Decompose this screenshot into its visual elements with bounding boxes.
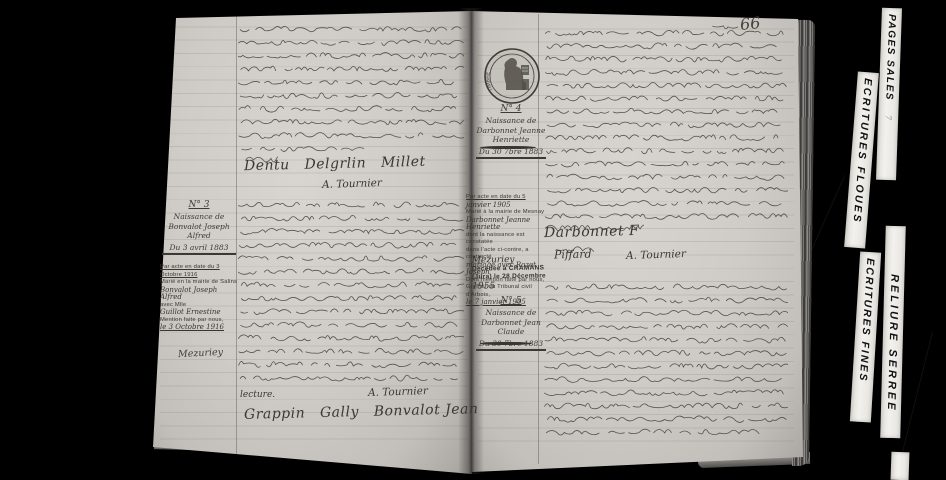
margin-rule [236, 12, 237, 460]
margin-note-birth: N° 3 Naissance de Bonvalot Joseph Alfred… [162, 200, 236, 255]
act-text-block [238, 196, 464, 391]
act-text-block [544, 24, 788, 229]
shelf-label-text: RELIURE SERREE [885, 226, 902, 413]
scratch-mark [898, 332, 933, 468]
stamp-line: Guillot Ernestine [160, 309, 240, 317]
witness-signature: Piffard [554, 248, 592, 262]
signature-row: Piffard A. Tournier [554, 248, 685, 261]
shelf-label-text: ECRITURES FLOUES [850, 72, 874, 225]
stamp-line: le 3 Octobre 1916 [160, 324, 240, 332]
shelf-label-ecritures-floues: ECRITURES FLOUES [844, 71, 879, 248]
party-signatures: Grappin Gally Bonvalot Jean [244, 401, 479, 423]
underline-flourish [480, 146, 536, 149]
act-number: N° 3 [162, 200, 236, 210]
death-mention-stamp: Mezuriey Décédée à CRAMANS (Jura) le 28 … [472, 255, 549, 290]
mayor-signature-row: A. Tournier [322, 178, 382, 190]
act-type: Naissance de [476, 308, 546, 318]
shelf-label-pages-sales: PAGES SALES 7 [876, 8, 902, 181]
underline-flourish [480, 342, 532, 345]
register-book-spread: Dentu Delgrlin Millet A. Tournier lectur… [150, 6, 812, 476]
marriage-mention-stamp: Par acte en date du 3 Octobre 1916 Marié… [160, 264, 240, 332]
stamp-line: dont la naissance est constatée [466, 232, 550, 247]
margin-note-birth: N° 4 Naissance de Darbonnet Jeanne Henri… [476, 104, 546, 159]
act-person: Darbonnet Jeanne Henriette [476, 126, 546, 145]
stamp-line: Bonvalot Joseph Alfred [160, 287, 240, 302]
mayor-signature: A. Tournier [322, 177, 382, 191]
act-text-block [544, 278, 788, 445]
act-type: Naissance de [162, 212, 236, 222]
mayor-signature: A. Tournier [368, 385, 428, 399]
shelf-label-text: PAGES SALES [883, 8, 897, 101]
stamp-line: Par acte en date du 3 Octobre 1916 [160, 264, 240, 279]
shelf-label-reliure-serree: RELIURE SERREE [880, 226, 906, 438]
shelf-label-text: ECRITURES FINES [857, 252, 877, 383]
stamp-line: Darbonnet Jeanne Henriette [466, 217, 550, 232]
handwritten-note: 7 [884, 115, 893, 120]
act-person: Bonvalot Joseph Alfred [162, 222, 236, 241]
fiscal-stamp-icon: TIMBRE [482, 46, 542, 108]
shelf-label-ecritures-fines: ECRITURES FINES [850, 252, 881, 423]
act-date: Du 3 avril 1883 [162, 243, 236, 255]
act-closing-row: Darbonnet F [544, 224, 639, 240]
mayor-signature: A. Tournier [625, 248, 685, 262]
act-number: N° 4 [476, 104, 546, 114]
closing-word: lecture. [240, 390, 275, 400]
father-signature: Darbonnet F [544, 223, 640, 241]
stamp-line: janvier 1905 [466, 202, 550, 210]
microfilm-scan: { "scan": { "shelf_labels": { "pages_sal… [0, 0, 946, 480]
act-type: Naissance de [476, 116, 546, 126]
stamp-line: le 7 janvier 1905 [466, 299, 550, 307]
stamp-line: 1955 [472, 281, 548, 291]
shelf-label-blank-end [891, 452, 910, 480]
act-text-block [238, 20, 464, 161]
witness-signatures: Dentu Delgrlin Millet [244, 154, 426, 174]
signature-row: Dentu Delgrlin Millet [244, 156, 426, 172]
officer-signature: Mezuriey [178, 347, 224, 360]
act-person: Darbonnet Jean Claude [476, 318, 546, 337]
signature-row: Grappin Gally Bonvalot Jean [244, 404, 478, 420]
